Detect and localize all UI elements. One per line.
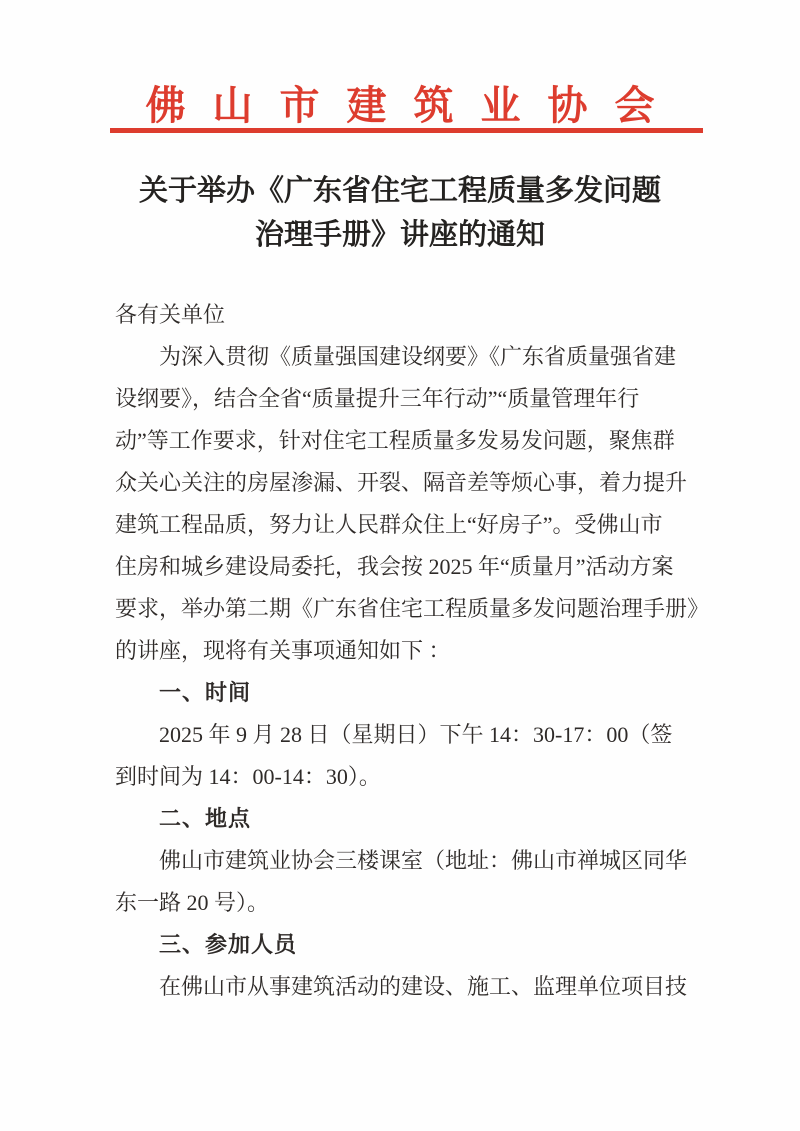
section-heading: 一、时间 [115, 672, 700, 714]
document-page: 佛山市建筑业协会 关于举办《广东省住宅工程质量多发问题 治理手册》讲座的通知 各… [0, 0, 800, 1131]
section-heading: 二、地点 [115, 798, 700, 840]
body-line: 为深入贯彻《质量强国建设纲要》《广东省质量强省建 [115, 336, 700, 378]
title-line-1: 关于举办《广东省住宅工程质量多发问题 [0, 169, 800, 213]
body-line: 要求，举办第二期《广东省住宅工程质量多发问题治理手册》 [115, 588, 700, 630]
body-line: 各有关单位 [115, 294, 700, 336]
body-line: 东一路 20 号）。 [115, 882, 700, 924]
body-line: 住房和城乡建设局委托，我会按 2025 年“质量月”活动方案 [115, 546, 700, 588]
body-line: 2025 年 9 月 28 日（星期日）下午 14：30-17：00（签 [115, 714, 700, 756]
body-line: 设纲要》，结合全省“质量提升三年行动”“质量管理年行 [115, 378, 700, 420]
body-line: 动”等工作要求，针对住宅工程质量多发易发问题，聚焦群 [115, 420, 700, 462]
document-body: 各有关单位为深入贯彻《质量强国建设纲要》《广东省质量强省建设纲要》，结合全省“质… [115, 294, 700, 1008]
body-line: 建筑工程品质，努力让人民群众住上“好房子”。受佛山市 [115, 504, 700, 546]
body-line: 到时间为 14：00-14：30）。 [115, 756, 700, 798]
body-line: 的讲座，现将有关事项通知如下 ： [115, 630, 700, 672]
notice-title: 关于举办《广东省住宅工程质量多发问题 治理手册》讲座的通知 [0, 169, 800, 257]
title-line-2: 治理手册》讲座的通知 [0, 213, 800, 257]
org-name: 佛山市建筑业协会 [0, 74, 800, 131]
body-line: 佛山市建筑业协会三楼课室（地址：佛山市禅城区同华 [115, 840, 700, 882]
section-heading: 三、参加人员 [115, 924, 700, 966]
body-line: 众关心关注的房屋渗漏、开裂、隔音差等烦心事，着力提升 [115, 462, 700, 504]
header-divider [110, 128, 703, 133]
body-line: 在佛山市从事建筑活动的建设、施工、监理单位项目技 [115, 966, 700, 1008]
